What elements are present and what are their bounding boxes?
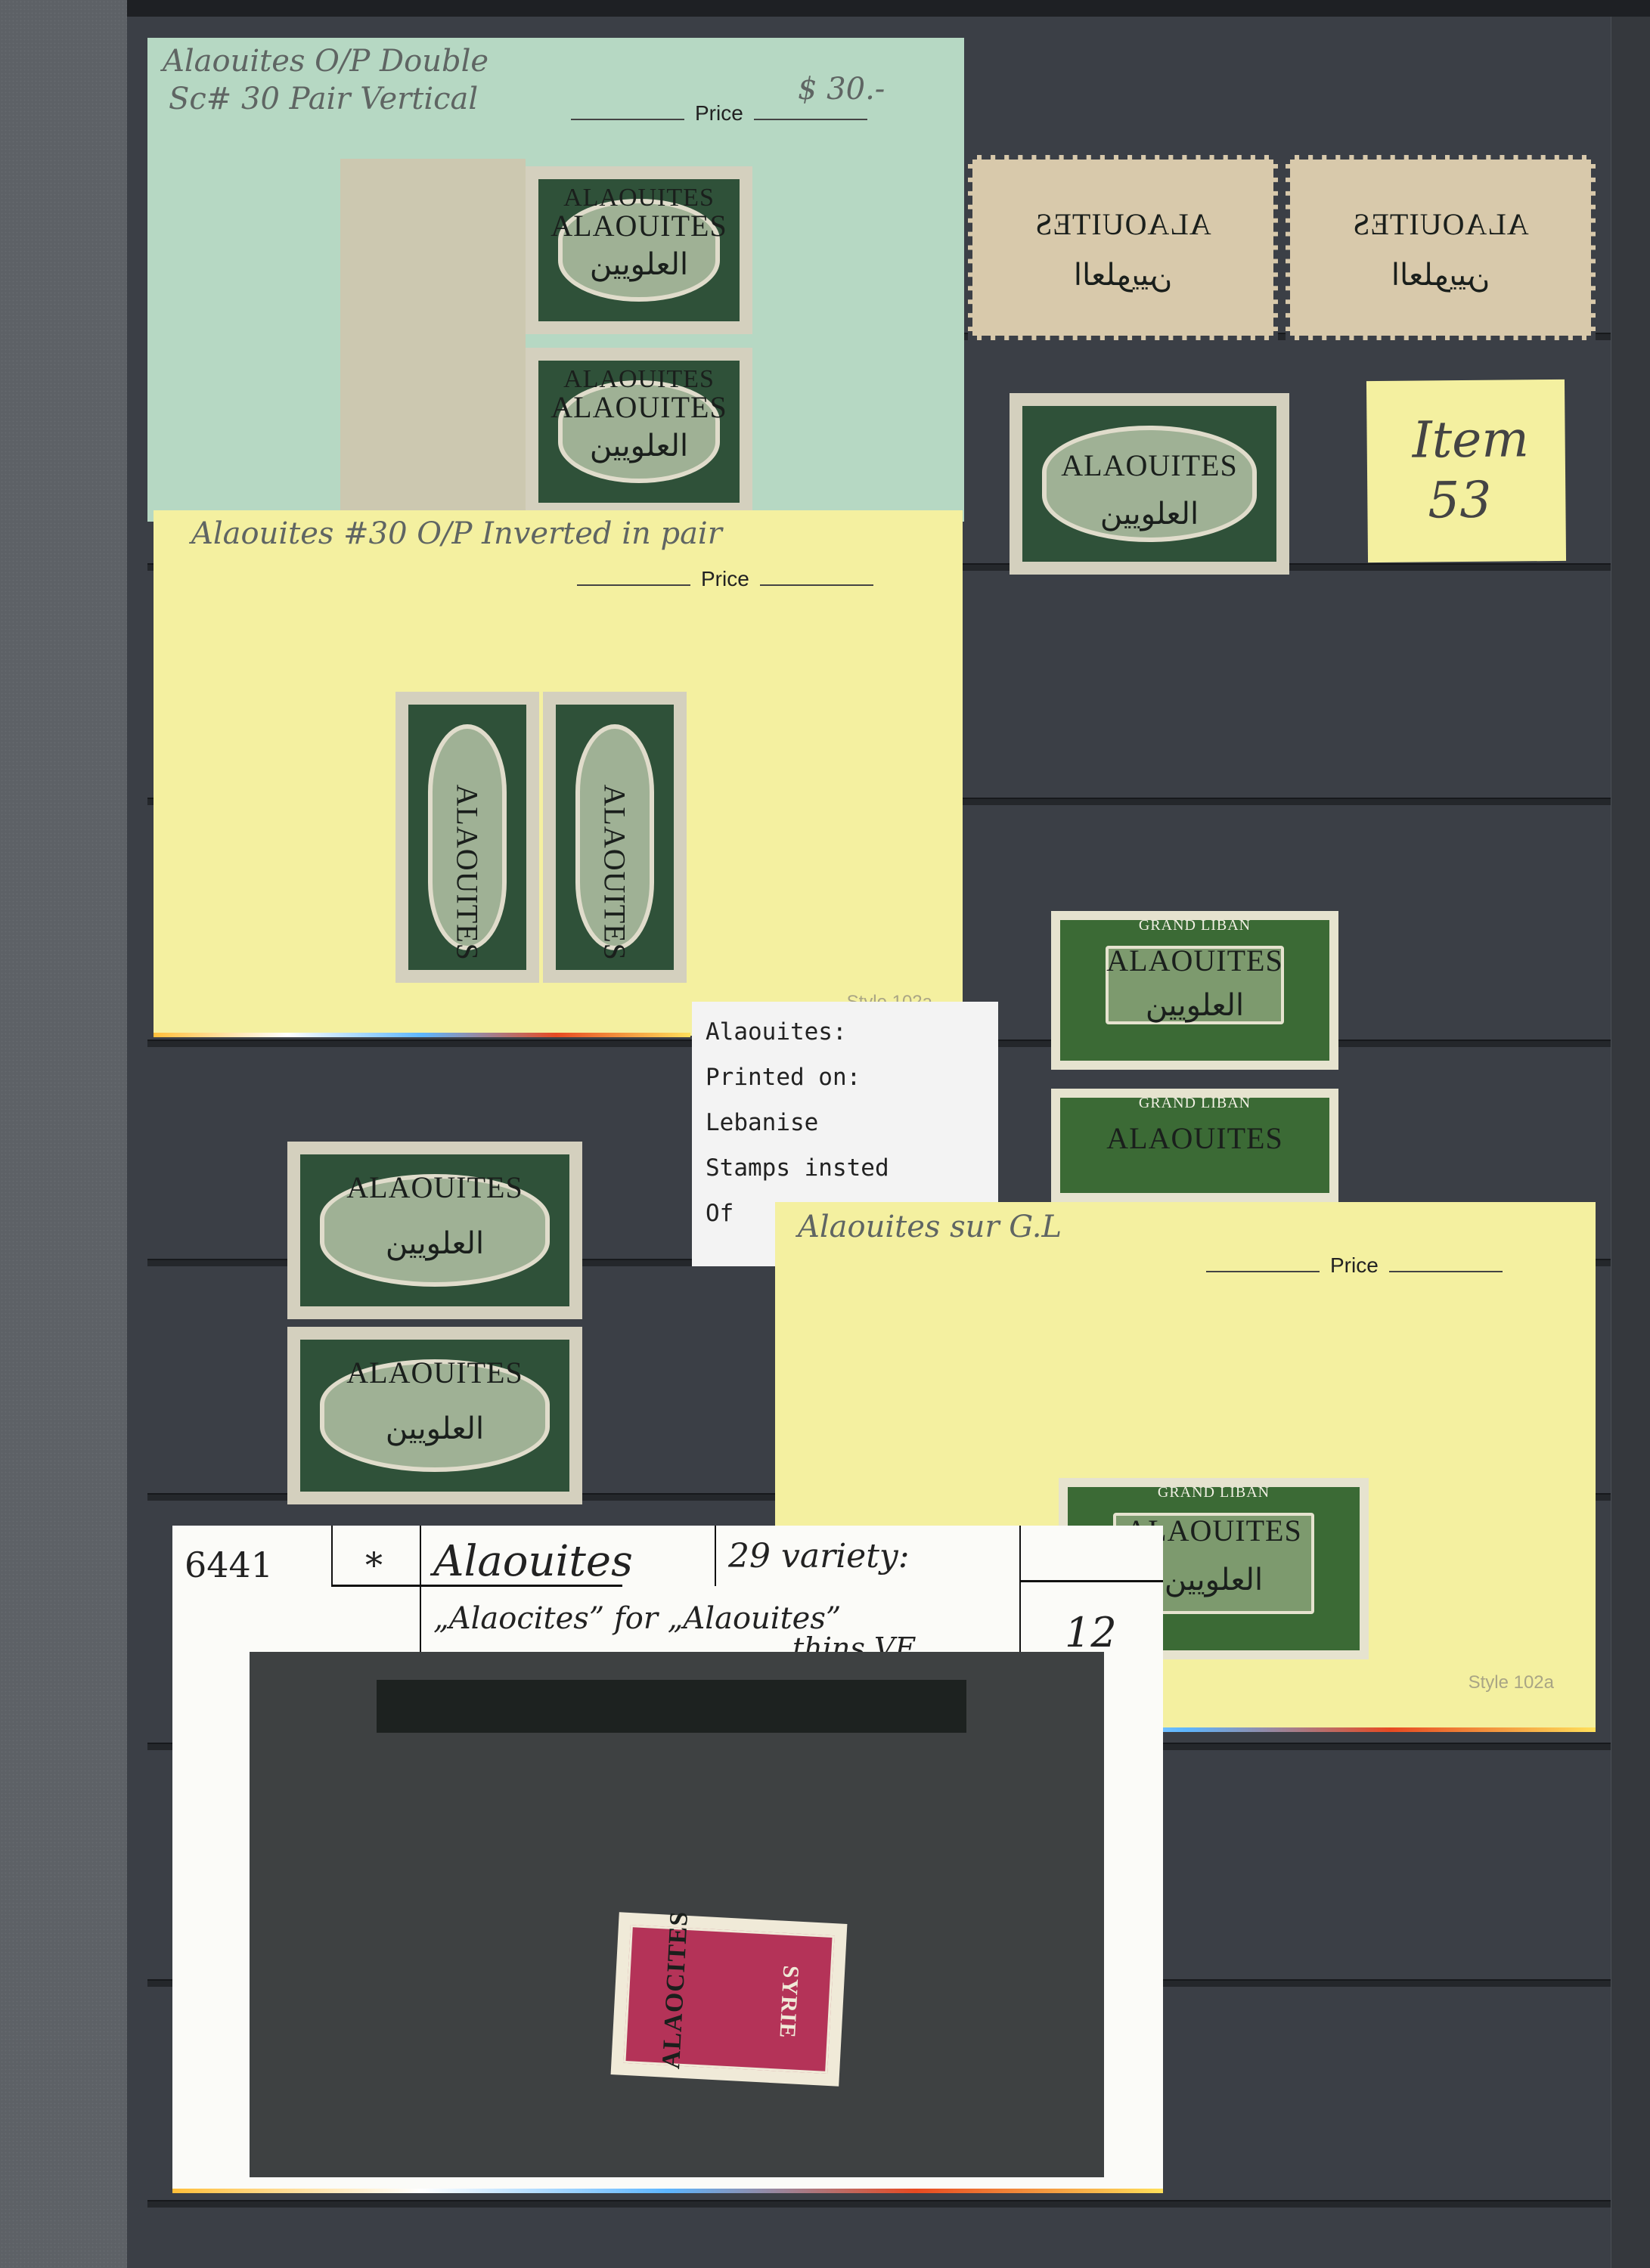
album-binding [0, 0, 127, 2268]
stamp-syrie-alaocites-error[interactable]: ALAOCITES SYRIE [611, 1912, 848, 2087]
double-overprint-card[interactable]: Alaouites O/P Double Sc# 30 Pair Vertica… [147, 38, 964, 522]
stamp-back-offset[interactable]: ALAOUITES العلويين [1286, 155, 1596, 340]
price-field: Price [1206, 1253, 1503, 1278]
price-field: Price [571, 101, 867, 125]
scan-glare [154, 1033, 690, 1037]
stock-strip [147, 2200, 1611, 2208]
stamp-syrie-inverted-left[interactable]: ALAOUITES [399, 696, 535, 979]
price-field: Price [577, 567, 873, 591]
stamp-syrie-pair-bottom[interactable]: ALAOUITES العلويين [291, 1331, 578, 1501]
card-note: Alaouites O/P Double [163, 44, 488, 79]
item-note: Item 53 [1366, 380, 1566, 562]
stamp-back-offset[interactable]: ALAOUITES العلويين [968, 155, 1278, 340]
stamp-grand-liban-top[interactable]: GRAND LIBAN ALAOUITES العلويين [1051, 911, 1338, 1070]
stamp-syrie-inverted-single[interactable]: ALAOUITES العلويين [1013, 397, 1286, 571]
card-note-2: Sc# 30 Pair Vertical [169, 82, 478, 116]
stamp-grand-liban-bottom[interactable]: GRAND LIBAN ALAOUITES [1051, 1089, 1338, 1202]
stamp-syrie-pair-top[interactable]: ALAOUITES العلويين [291, 1145, 578, 1315]
stamp-syrie-double-top[interactable]: ALAOUITES ALAOUITES العلويين [529, 170, 749, 330]
inverted-overprint-card[interactable]: Alaouites #30 O/P Inverted in pair Price… [154, 510, 963, 1036]
sheet-selvage [340, 159, 526, 514]
scan-top-edge [0, 0, 1650, 17]
stamp-syrie-inverted-right[interactable]: ALAOUITES [547, 696, 683, 979]
page-right-edge [1611, 17, 1650, 2268]
scan-glare [172, 2189, 1163, 2193]
stamp-syrie-double-bottom[interactable]: ALAOUITES ALAOUITES العلويين [529, 352, 749, 512]
mount-strip [377, 1680, 966, 1733]
